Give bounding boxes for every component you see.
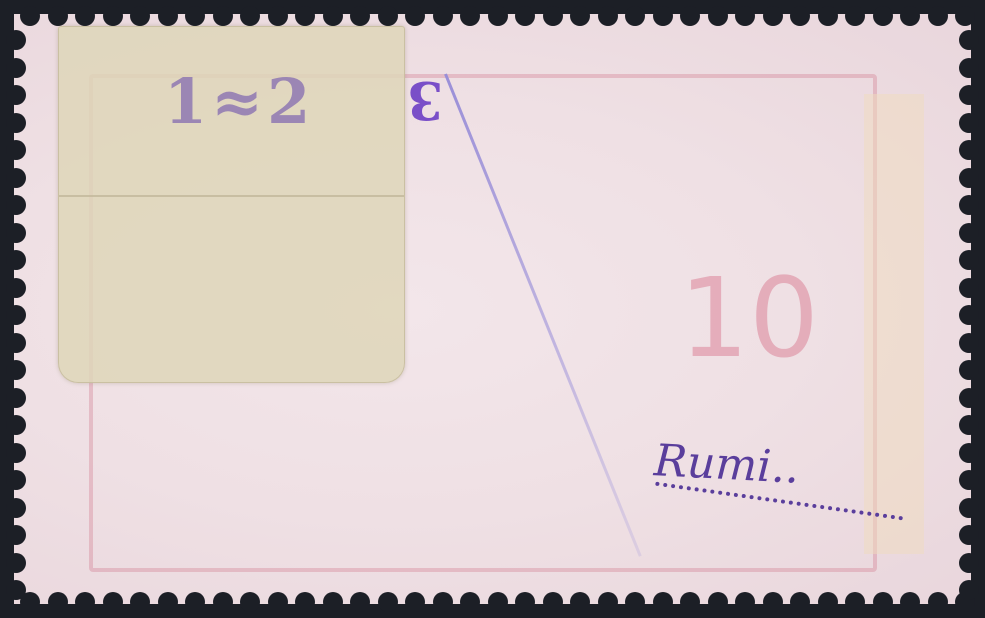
perforation-hole [185, 592, 205, 612]
hinge-mark: 1≈2 [164, 65, 314, 138]
perforation-hole [103, 6, 123, 26]
perforation-hole [48, 592, 68, 612]
perforation-hole [460, 592, 480, 612]
perforation-hole [323, 6, 343, 26]
perforation-hole [378, 6, 398, 26]
showthrough-value: 10 [679, 254, 819, 382]
perforation-hole [959, 525, 979, 545]
perforation-hole [543, 6, 563, 26]
perforation-hole [75, 592, 95, 612]
stamp-hinge: 1≈2 [58, 26, 405, 383]
perforation-hole [708, 6, 728, 26]
perforation-hole [515, 592, 535, 612]
perforation-hole [240, 6, 260, 26]
perforation-hole [959, 250, 979, 270]
perforation-hole [6, 553, 26, 573]
perforation-hole [653, 6, 673, 26]
perforation-hole [268, 6, 288, 26]
perforation-hole [6, 250, 26, 270]
perforation-hole [959, 30, 979, 50]
perforation-hole [598, 6, 618, 26]
perforation-hole [6, 470, 26, 490]
perforation-hole [955, 6, 975, 26]
perforation-hole [959, 278, 979, 298]
perforation-hole [598, 592, 618, 612]
perforation-hole [6, 30, 26, 50]
perforation-hole [959, 333, 979, 353]
perforation-hole [488, 6, 508, 26]
perforation-hole [959, 553, 979, 573]
perforation-hole [763, 6, 783, 26]
hinge-fold-line [59, 195, 404, 197]
perforation-hole [460, 6, 480, 26]
perforation-hole [405, 592, 425, 612]
perforation-hole [900, 592, 920, 612]
perforation-hole [763, 592, 783, 612]
perforation-hole [570, 6, 590, 26]
perforation-hole [48, 6, 68, 26]
perforation-hole [240, 592, 260, 612]
perforation-hole [130, 592, 150, 612]
perforation-hole [735, 6, 755, 26]
perforation-hole [959, 223, 979, 243]
perforation-hole [20, 6, 40, 26]
perforation-hole [653, 592, 673, 612]
perforation-hole [268, 592, 288, 612]
stamped-number: 3 [407, 69, 443, 130]
perforation-hole [959, 470, 979, 490]
perforation-hole [959, 415, 979, 435]
perforation-hole [103, 592, 123, 612]
perforation-hole [6, 58, 26, 78]
perforation-hole [625, 592, 645, 612]
perforation-hole [6, 388, 26, 408]
perforation-hole [959, 140, 979, 160]
perforation-hole [845, 592, 865, 612]
perforation-hole [928, 6, 948, 26]
perforation-hole [959, 113, 979, 133]
perforation-hole [959, 580, 979, 600]
perforation-hole [213, 6, 233, 26]
perforation-hole [6, 85, 26, 105]
perforation-hole [928, 592, 948, 612]
perforation-hole [6, 443, 26, 463]
perforation-hole [680, 6, 700, 26]
perforation-hole [570, 592, 590, 612]
perforation-hole [959, 360, 979, 380]
perforation-hole [818, 6, 838, 26]
perforation-hole [515, 6, 535, 26]
perforation-hole [158, 592, 178, 612]
perforation-hole [959, 195, 979, 215]
perforation-hole [6, 415, 26, 435]
perforation-hole [790, 6, 810, 26]
perforation-hole [323, 592, 343, 612]
perforation-hole [6, 195, 26, 215]
perforation-hole [6, 223, 26, 243]
perforation-hole [6, 580, 26, 600]
perforation-hole [6, 333, 26, 353]
perforation-hole [790, 592, 810, 612]
perforation-hole [959, 305, 979, 325]
perforation-hole [158, 6, 178, 26]
perforation-hole [959, 498, 979, 518]
perforation-hole [75, 6, 95, 26]
perforation-hole [959, 388, 979, 408]
paper-toning [864, 94, 924, 554]
perforation-hole [6, 278, 26, 298]
perforation-hole [350, 6, 370, 26]
perforation-hole [295, 6, 315, 26]
perforation-hole [543, 592, 563, 612]
perforation-hole [350, 592, 370, 612]
perforation-hole [873, 592, 893, 612]
perforation-hole [433, 592, 453, 612]
perforation-hole [6, 360, 26, 380]
perforation-hole [405, 6, 425, 26]
perforation-hole [433, 6, 453, 26]
perforation-hole [873, 6, 893, 26]
perforation-hole [6, 305, 26, 325]
perforation-hole [818, 592, 838, 612]
perforation-hole [130, 6, 150, 26]
perforation-hole [488, 592, 508, 612]
perforation-hole [295, 592, 315, 612]
perforation-hole [6, 113, 26, 133]
perforation-hole [185, 6, 205, 26]
perforation-hole [6, 498, 26, 518]
perforation-hole [213, 592, 233, 612]
perforation-hole [680, 592, 700, 612]
perforation-hole [625, 6, 645, 26]
perforation-hole [900, 6, 920, 26]
perforation-hole [735, 592, 755, 612]
perforation-hole [6, 140, 26, 160]
stamp-back: 10 1≈2 3 Rumi.. [14, 14, 971, 604]
perforation-hole [959, 168, 979, 188]
perforation-hole [845, 6, 865, 26]
perforation-hole [378, 592, 398, 612]
perforation-hole [959, 443, 979, 463]
perforation-hole [959, 58, 979, 78]
perforation-hole [959, 85, 979, 105]
perforation-hole [708, 592, 728, 612]
perforation-hole [6, 525, 26, 545]
perforation-hole [6, 168, 26, 188]
